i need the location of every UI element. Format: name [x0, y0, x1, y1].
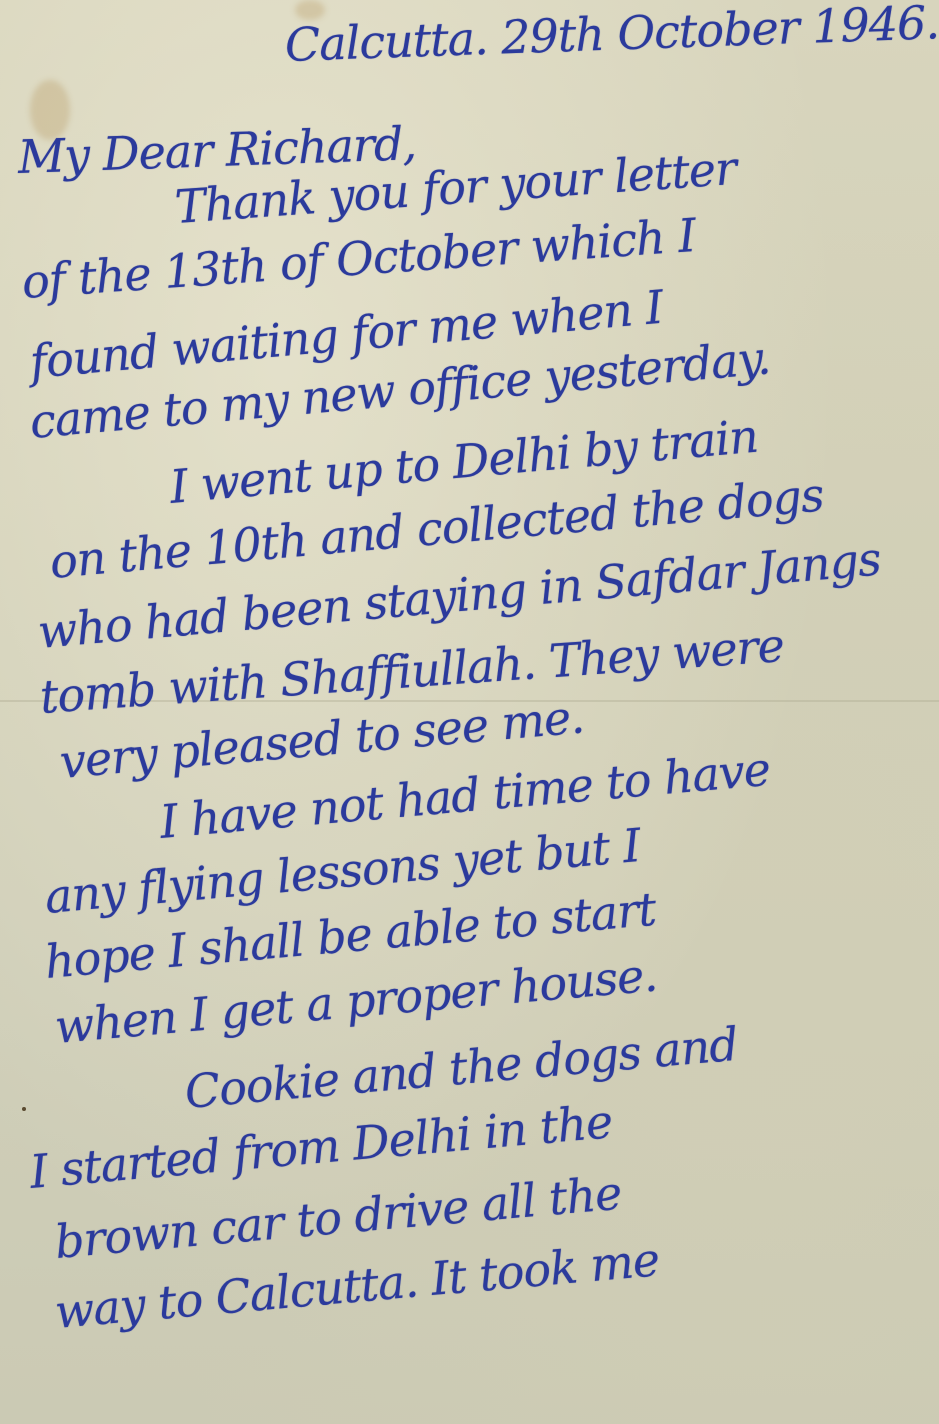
letter-page: Calcutta. 29th October 1946. My Dear Ric… [0, 0, 939, 1424]
ink-speck [22, 1107, 26, 1111]
letter-place-date: Calcutta. 29th October 1946. [284, 0, 939, 72]
